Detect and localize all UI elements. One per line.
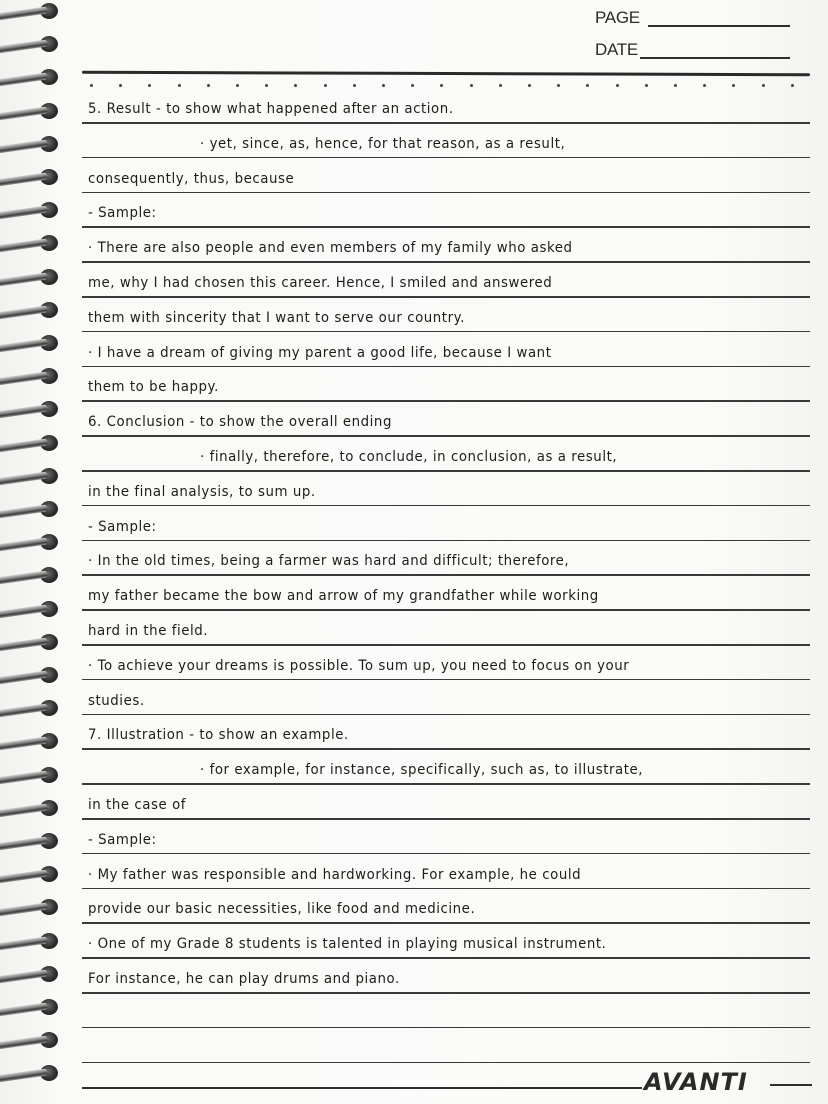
spiral-ring: [0, 264, 60, 294]
notebook-page: PAGE DATE 5. Result - to show what happe…: [0, 0, 828, 1104]
handwritten-line: · My father was responsible and hardwork…: [88, 867, 581, 883]
spiral-ring: [0, 562, 60, 592]
margin-dot: [353, 84, 356, 87]
page-number-line: [648, 25, 790, 27]
margin-dot: [762, 84, 765, 87]
spiral-ring: [0, 496, 60, 526]
spiral-ring: [0, 1027, 60, 1057]
ruled-line: [82, 644, 810, 646]
spiral-ring: [0, 430, 60, 460]
margin-dot: [265, 84, 268, 87]
handwritten-line: in the case of: [88, 797, 186, 813]
margin-dot: [703, 84, 706, 87]
spiral-ring: [0, 928, 60, 958]
handwritten-line: in the final analysis, to sum up.: [88, 484, 316, 500]
spiral-ring: [0, 728, 60, 758]
spiral-ring: [0, 861, 60, 891]
margin-dot: [411, 84, 414, 87]
handwritten-line: · yet, since, as, hence, for that reason…: [200, 136, 565, 152]
handwritten-line: · One of my Grade 8 students is talented…: [88, 936, 606, 952]
spiral-ring: [0, 463, 60, 493]
handwritten-line: provide our basic necessities, like food…: [88, 901, 475, 917]
handwritten-line: studies.: [88, 693, 145, 709]
margin-dot: [90, 84, 93, 87]
brand-logo: AVANTI: [644, 1068, 748, 1096]
date-line: [640, 57, 790, 59]
spiral-ring: [0, 894, 60, 924]
ruled-line: [82, 435, 810, 437]
ruled-line: [82, 261, 810, 263]
ruled-line: [82, 1062, 810, 1064]
handwritten-line: them with sincerity that I want to serve…: [88, 310, 465, 326]
ruled-line: [82, 714, 810, 716]
margin-dot: [119, 84, 122, 87]
handwritten-line: · for example, for instance, specificall…: [200, 762, 643, 778]
margin-dot: [440, 84, 443, 87]
margin-dot: [294, 84, 297, 87]
margin-dot: [732, 84, 735, 87]
margin-dot: [528, 84, 531, 87]
spiral-ring: [0, 828, 60, 858]
spiral-ring: [0, 695, 60, 725]
spiral-ring: [0, 396, 60, 426]
ruled-line: [82, 470, 810, 472]
spiral-ring: [0, 64, 60, 94]
ruled-line: [82, 992, 810, 994]
spiral-ring: [0, 363, 60, 393]
ruled-line: [82, 748, 810, 750]
ruled-line: [82, 1027, 810, 1029]
spiral-ring: [0, 596, 60, 626]
handwritten-line: my father became the bow and arrow of my…: [88, 588, 599, 604]
spiral-ring: [0, 31, 60, 61]
margin-dot: [645, 84, 648, 87]
ruled-line: [82, 296, 810, 298]
spiral-ring: [0, 0, 60, 28]
handwritten-line: - Sample:: [88, 832, 157, 848]
spiral-ring: [0, 994, 60, 1024]
ruled-line: [82, 366, 810, 368]
handwritten-line: 5. Result - to show what happened after …: [88, 101, 454, 117]
spiral-ring: [0, 297, 60, 327]
ruled-line: [82, 574, 810, 576]
spiral-ring: [0, 1060, 60, 1090]
ruled-line: [82, 888, 810, 890]
handwritten-line: 7. Illustration - to show an example.: [88, 727, 349, 743]
spiral-ring: [0, 529, 60, 559]
page-label: PAGE: [595, 8, 640, 28]
spiral-ring: [0, 131, 60, 161]
date-label: DATE: [595, 40, 638, 60]
margin-dot: [324, 84, 327, 87]
margin-dot: [499, 84, 502, 87]
ruled-line: [82, 679, 810, 681]
handwritten-line: consequently, thus, because: [88, 171, 294, 187]
handwritten-line: 6. Conclusion - to show the overall endi…: [88, 414, 392, 430]
margin-dot: [791, 84, 794, 87]
ruled-line: [82, 192, 810, 194]
margin-dot: [586, 84, 589, 87]
handwritten-line: · finally, therefore, to conclude, in co…: [200, 449, 617, 465]
spiral-ring: [0, 197, 60, 227]
ruled-line: [82, 783, 810, 785]
margin-dot: [382, 84, 385, 87]
handwritten-line: · I have a dream of giving my parent a g…: [88, 345, 551, 361]
handwritten-line: me, why I had chosen this career. Hence,…: [88, 275, 552, 291]
margin-dot: [178, 84, 181, 87]
ruled-line: [82, 818, 810, 820]
handwritten-line: - Sample:: [88, 205, 157, 221]
handwritten-line: hard in the field.: [88, 623, 208, 639]
handwritten-line: them to be happy.: [88, 379, 219, 395]
spiral-ring: [0, 164, 60, 194]
handwritten-line: · To achieve your dreams is possible. To…: [88, 658, 629, 674]
spiral-ring: [0, 629, 60, 659]
margin-dot: [207, 84, 210, 87]
margin-dot: [236, 84, 239, 87]
dotted-margin: [90, 84, 810, 90]
margin-dot: [557, 84, 560, 87]
ruled-line: [82, 609, 810, 611]
spiral-binding: [0, 0, 70, 1104]
ruled-line: [82, 505, 810, 507]
margin-dot: [674, 84, 677, 87]
margin-dot: [470, 84, 473, 87]
ruled-line: [82, 226, 810, 228]
handwritten-line: · In the old times, being a farmer was h…: [88, 553, 569, 569]
ruled-line: [82, 922, 810, 924]
handwritten-line: For instance, he can play drums and pian…: [88, 971, 400, 987]
spiral-ring: [0, 762, 60, 792]
footer-rule: [82, 1087, 642, 1089]
margin-dot: [148, 84, 151, 87]
ruled-line: [82, 331, 810, 333]
footer-rule-end: [770, 1084, 812, 1086]
ruled-line: [82, 157, 810, 159]
spiral-ring: [0, 662, 60, 692]
ruled-line: [82, 122, 810, 124]
spiral-ring: [0, 961, 60, 991]
spiral-ring: [0, 230, 60, 260]
ruled-line: [82, 957, 810, 959]
handwritten-line: · There are also people and even members…: [88, 240, 573, 256]
spiral-ring: [0, 330, 60, 360]
header-rule: [82, 71, 810, 77]
spiral-ring: [0, 795, 60, 825]
handwritten-line: - Sample:: [88, 519, 157, 535]
ruled-line: [82, 540, 810, 542]
ruled-line: [82, 853, 810, 855]
ruled-line: [82, 400, 810, 402]
margin-dot: [616, 84, 619, 87]
spiral-ring: [0, 98, 60, 128]
